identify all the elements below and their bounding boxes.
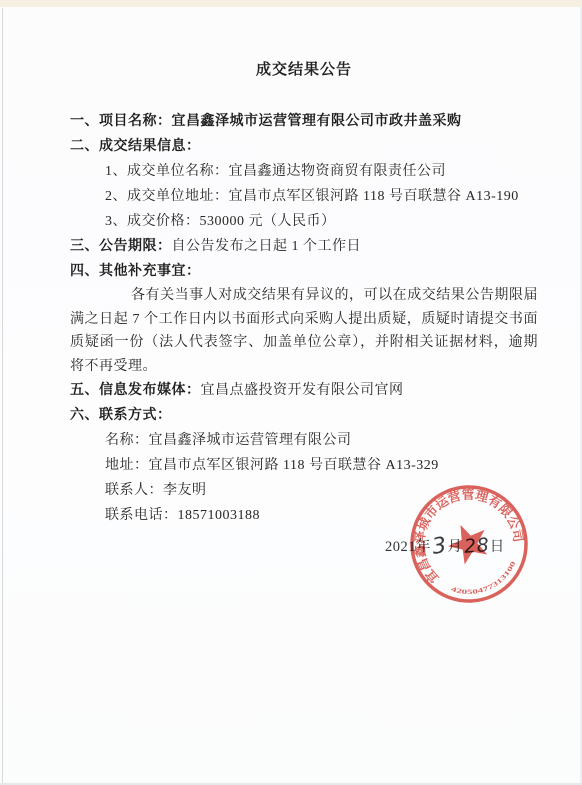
- price-value: 530000 元（人民币）: [200, 214, 336, 229]
- winner-name-label: 1、成交单位名称：: [105, 164, 229, 179]
- price-label: 3、成交价格：: [105, 214, 200, 229]
- winner-name-value: 宜昌鑫通达物资商贸有限责任公司: [229, 164, 447, 179]
- supplementary-label: 四、其他补充事宜：: [70, 264, 201, 279]
- contact-person-label: 联系人：: [105, 483, 163, 498]
- section-project-name-label: 一、项目名称：: [70, 114, 172, 129]
- contact-phone-value: 18571003188: [178, 508, 261, 523]
- section-result-info: 二、成交结果信息：: [70, 134, 538, 159]
- section-announcement-period: 三、公告期限：自公告发布之日起 1 个工作日: [70, 234, 538, 259]
- section-contact: 六、联系方式：: [70, 403, 538, 428]
- contact-section-label: 六、联系方式：: [70, 408, 172, 423]
- contact-name-label: 名称：: [105, 433, 149, 448]
- star-icon: [442, 517, 494, 568]
- contact-name-value: 宜昌鑫泽城市运营管理有限公司: [149, 433, 352, 448]
- contact-address-value: 宜昌市点军区银河路 118 号百联慧谷 A13-329: [149, 458, 439, 473]
- publish-media-value: 宜昌点盛投资开发有限公司官网: [201, 383, 404, 398]
- contact-phone-label: 联系电话：: [105, 508, 178, 523]
- publish-media-label: 五、信息发布媒体：: [70, 383, 201, 398]
- winner-address-label: 2、成交单位地址：: [105, 189, 229, 204]
- announcement-period-label: 三、公告期限：: [70, 239, 172, 254]
- result-item-winner-name: 1、成交单位名称：宜昌鑫通达物资商贸有限责任公司: [70, 159, 538, 184]
- section-project-name: 一、项目名称：宜昌鑫泽城市运营管理有限公司市政井盖采购: [70, 109, 538, 134]
- contact-item-name: 名称：宜昌鑫泽城市运营管理有限公司: [70, 428, 538, 453]
- page-title: 成交结果公告: [70, 58, 538, 79]
- scan-edge-top: [0, 0, 582, 7]
- winner-address-value: 宜昌市点军区银河路 118 号百联慧谷 A13-190: [229, 189, 519, 204]
- scan-edge-left: [2, 8, 3, 785]
- result-item-winner-address: 2、成交单位地址：宜昌市点军区银河路 118 号百联慧谷 A13-190: [70, 184, 538, 209]
- contact-person-value: 李友明: [163, 483, 207, 498]
- announcement-period-value: 自公告发布之日起 1 个工作日: [172, 239, 362, 254]
- contact-address-label: 地址：: [105, 458, 149, 473]
- document-body: 成交结果公告 一、项目名称：宜昌鑫泽城市运营管理有限公司市政井盖采购 二、成交结…: [70, 58, 538, 528]
- section-publish-media: 五、信息发布媒体：宜昌点盛投资开发有限公司官网: [70, 378, 538, 403]
- supplementary-paragraph: 各有关当事人对成交结果有异议的，可以在成交结果公告期限届满之日起 7 个工作日内…: [70, 284, 538, 378]
- scanned-document: 成交结果公告 一、项目名称：宜昌鑫泽城市运营管理有限公司市政井盖采购 二、成交结…: [0, 0, 582, 785]
- section-supplementary: 四、其他补充事宜：: [70, 259, 538, 284]
- project-name-value: 宜昌鑫泽城市运营管理有限公司市政井盖采购: [172, 114, 462, 129]
- result-item-price: 3、成交价格：530000 元（人民币）: [70, 209, 538, 234]
- section-result-info-label: 二、成交结果信息：: [70, 139, 201, 154]
